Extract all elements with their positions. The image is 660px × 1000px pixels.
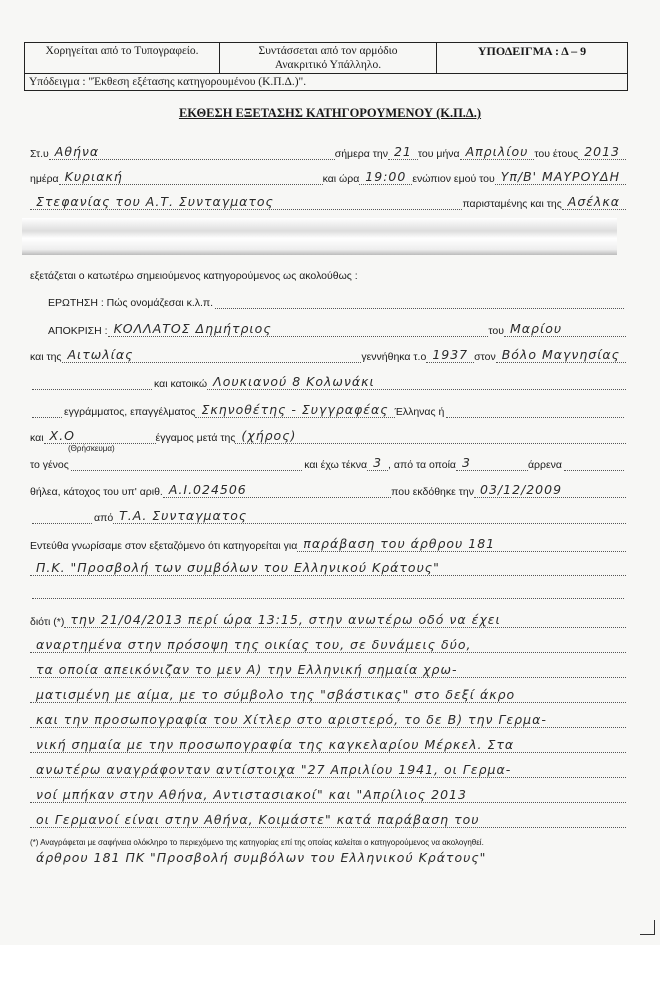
mother-line: και τηςΑιτωλίας γεννήθηκα τ.ο1937 στονΒό… [30,347,626,363]
charge-line: Εντεύθα γνωρίσαμε στον εξεταζόμενο ότι κ… [30,536,626,552]
religion-line: καιΧ.Ο έγγαμος μετά της(χήρος) [30,428,626,444]
because-line-2: τα οποία απεικόνιζαν το μεν Α) την Ελλην… [30,662,626,678]
header-table: Χορηγείται από το Τυπογραφείο. Συντάσσετ… [24,42,628,91]
intro-text: εξετάζεται ο κατωτέρω σημειούμενος κατηγ… [30,270,626,282]
question-line: ΕΡΩΤΗΣΗ : Πώς ονομάζεσαι κ.λ.π. [48,297,626,309]
line-officer: Στεφανίας του Α.Τ. Συνταγματος παρισταμέ… [30,194,626,210]
line-day-time: ημέραΚυριακή και ώρα19:00 ενώπιον εμού τ… [30,169,626,185]
because-line-3: ματισμένη με αίμα, με το σύμβολο της "σβ… [30,687,626,703]
header-subtitle: Υπόδειγμα : "Έκθεση εξέτασης κατηγορουμέ… [25,74,627,90]
answer-line: ΑΠΟΚΡΙΣΗ :ΚΟΛΛΑΤΟΣ Δημήτριος τουΜαρίου [48,321,626,337]
because-last-line: άρθρου 181 ΠΚ "Προσβολή συμβόλων του Ελλ… [30,850,626,865]
because-line-8: οι Γερμανοί είναι στην Αθήνα, Κοιμάστε" … [30,812,626,828]
because-line-4: και την προσωπογραφία του Χίτλερ στο αρι… [30,712,626,728]
header-author: Συντάσσεται από τον αρμόδιοΑνακριτικό Υπ… [220,43,437,73]
document-page: Χορηγείται από το Τυπογραφείο. Συντάσσετ… [0,0,660,945]
header-printer: Χορηγείται από το Τυπογραφείο. [25,43,220,73]
footnote: (*) Αναγράφεται με σαφήνεια ολόκληρο το … [30,838,484,847]
issuer-line: απόΤ.Α. Συνταγματος [30,508,626,524]
because-line-7: νοί μπήκαν στην Αθήνα, Αντιστασιακοί" κα… [30,787,626,803]
because-line-0: διότι (*)την 21/04/2013 περί ώρα 13:15, … [30,612,626,628]
profession-line: εγγράμματος, επαγγέλματοςΣκηνοθέτης - Συ… [30,402,626,418]
because-line-1: αναρτημένα στην πρόσοψη της οικίας του, … [30,637,626,653]
line-place-date: Στ.υΑθήνα σήμερα την21 του μήναΑπριλίου … [30,144,626,160]
header-form-code: ΥΠΟΔΕΙΓΜΑ : Δ – 9 [437,43,627,73]
charge-line-2: Π.Κ. "Προσβολή των συμβόλων του Ελληνικο… [30,560,626,576]
children-line: το γένος και έχω τέκνα3 , από τα οποία3 … [30,455,626,471]
because-line-5: νική σημαία με την προσωπογραφία της καγ… [30,737,626,753]
corner-mark [640,920,655,935]
id-line: θήλεα, κάτοχος του υπ' αριθ.Α.Ι.024506 π… [30,482,626,498]
redaction-band [22,218,617,255]
religion-label: (Θρήσκευμα) [68,444,115,453]
blank-line [30,588,626,599]
because-line-6: ανωτέρω αναγράφονταν αντίστοιχα "27 Απρι… [30,762,626,778]
residence-line: και κατοικώΛουκιανού 8 Κολωνάκι [30,374,626,390]
page-title: ΕΚΘΕΣΗ ΕΞΕΤΑΣΗΣ ΚΑΤΗΓΟΡΟΥΜΕΝΟΥ (Κ.Π.Δ.) [0,106,660,121]
